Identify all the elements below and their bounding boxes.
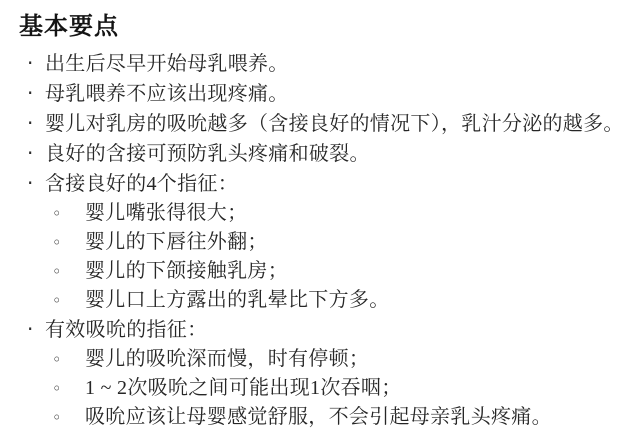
bullet-icon: ◦: [52, 199, 85, 228]
bullet-icon: ·: [27, 79, 45, 108]
list-item-text: 婴儿的吸吮深而慢，时有停顿；: [85, 345, 369, 374]
bullet-list: · 出生后尽早开始母乳喂养。 · 母乳喂养不应该出现疼痛。 · 婴儿对乳房的吸吮…: [19, 49, 620, 432]
list-item: ◦ 1 ~ 2次吸吮之间可能出现1次吞咽；: [19, 374, 620, 403]
bullet-icon: ·: [27, 315, 45, 344]
list-item: ◦ 婴儿的下唇往外翻；: [19, 228, 620, 257]
list-item-text: 母乳喂养不应该出现疼痛。: [45, 80, 289, 109]
list-item-text: 婴儿口上方露出的乳晕比下方多。: [85, 286, 390, 315]
bullet-icon: ·: [27, 169, 45, 198]
list-item: ◦ 婴儿嘴张得很大；: [19, 199, 620, 228]
list-item: ◦ 婴儿口上方露出的乳晕比下方多。: [19, 286, 620, 315]
list-item: · 母乳喂养不应该出现疼痛。: [19, 79, 620, 109]
list-item-text: 1 ~ 2次吸吮之间可能出现1次吞咽；: [85, 374, 402, 403]
list-item-text: 婴儿的下颌接触乳房；: [85, 257, 288, 286]
list-item: · 婴儿对乳房的吸吮越多（含接良好的情况下），乳汁分泌的越多。: [19, 109, 620, 139]
list-item-text: 出生后尽早开始母乳喂养。: [45, 50, 289, 79]
list-item-text: 婴儿的下唇往外翻；: [85, 228, 268, 257]
bullet-icon: ·: [27, 49, 45, 78]
bullet-icon: ·: [27, 109, 45, 138]
list-item: · 含接良好的4个指征：: [19, 169, 620, 199]
list-item: ◦ 吸吮应该让母婴感觉舒服，不会引起母亲乳头疼痛。: [19, 403, 620, 432]
bullet-icon: ◦: [52, 228, 85, 257]
list-item: · 良好的含接可预防乳头疼痛和破裂。: [19, 139, 620, 169]
list-item-text: 婴儿嘴张得很大；: [85, 199, 247, 228]
bullet-icon: ◦: [52, 286, 85, 315]
list-item: · 有效吸吮的指征：: [19, 315, 620, 345]
list-item-text: 含接良好的4个指征：: [45, 170, 238, 199]
list-item-text: 婴儿对乳房的吸吮越多（含接良好的情况下），乳汁分泌的越多。: [45, 110, 624, 139]
page-title: 基本要点: [19, 13, 620, 41]
bullet-icon: ◦: [52, 374, 85, 403]
document-page: 基本要点 · 出生后尽早开始母乳喂养。 · 母乳喂养不应该出现疼痛。 · 婴儿对…: [0, 0, 626, 436]
bullet-icon: ◦: [52, 403, 85, 432]
list-item-text: 有效吸吮的指征：: [45, 316, 207, 345]
list-item: ◦ 婴儿的吸吮深而慢，时有停顿；: [19, 345, 620, 374]
bullet-icon: ·: [27, 139, 45, 168]
list-item-text: 良好的含接可预防乳头疼痛和破裂。: [45, 140, 370, 169]
list-item: · 出生后尽早开始母乳喂养。: [19, 49, 620, 79]
list-item-text: 吸吮应该让母婴感觉舒服，不会引起母亲乳头疼痛。: [85, 403, 552, 432]
bullet-icon: ◦: [52, 257, 85, 286]
list-item: ◦ 婴儿的下颌接触乳房；: [19, 257, 620, 286]
bullet-icon: ◦: [52, 345, 85, 374]
